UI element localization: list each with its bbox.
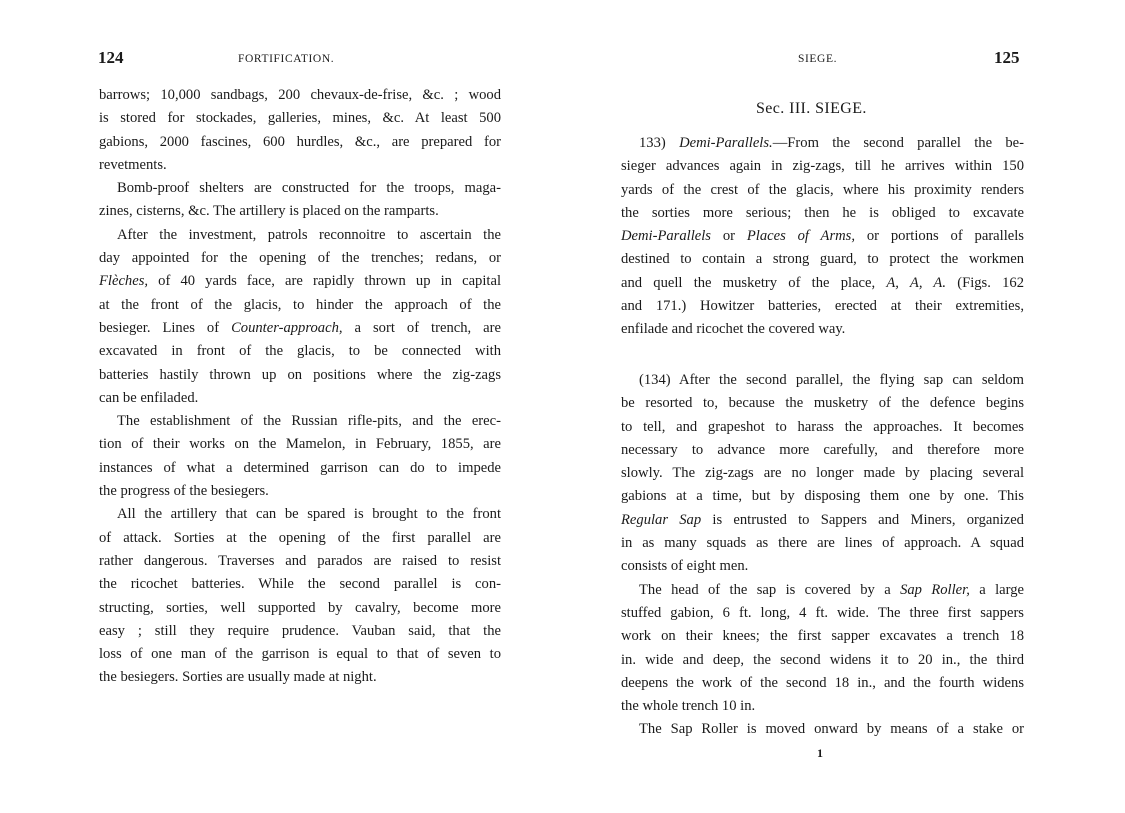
text-line: the sorties more serious; then he is obl…: [621, 202, 1024, 225]
text-line: easy ; still they require prudence. Vaub…: [99, 620, 501, 643]
text-line: Demi-Parallels or Places of Arms, or por…: [621, 225, 1024, 248]
section-title: Sec. III. SIEGE.: [756, 100, 867, 118]
text-line: The Sap Roller is moved onward by means …: [621, 718, 1024, 741]
body-text: barrows; 10,000 sandbags, 200 chevaux-de…: [99, 84, 501, 690]
signature-mark: 1: [817, 746, 823, 761]
text-line: at the front of the glacis, to hinder th…: [99, 294, 501, 317]
text-line: the besiegers. Sorties are usually made …: [99, 666, 501, 689]
text-line: consists of eight men.: [621, 555, 1024, 578]
text-line: Flèches, of 40 yards face, are rapidly t…: [99, 270, 501, 293]
text-line: the ricochet batteries. While the second…: [99, 573, 501, 596]
paragraph-133: 133) Demi-Parallels.—From the second par…: [621, 132, 1024, 342]
text-line: besieger. Lines of Counter-approach, a s…: [99, 317, 501, 340]
text-line: The establishment of the Russian rifle-p…: [99, 410, 501, 433]
text-line: structing, sorties, well supported by ca…: [99, 597, 501, 620]
text-line: Bomb-proof shelters are constructed for …: [99, 177, 501, 200]
text-line: instances of what a determined garrison …: [99, 457, 501, 480]
text-line: After the investment, patrols reconnoitr…: [99, 224, 501, 247]
text-line: the whole trench 10 in.: [621, 695, 1024, 718]
right-page: SIEGE. 125 Sec. III. SIEGE. 133) Demi-Pa…: [560, 0, 1125, 813]
text-line: destined to contain a strong guard, to p…: [621, 248, 1024, 271]
text-line: day appointed for the opening of the tre…: [99, 247, 501, 270]
text-line: and 171.) Howitzer batteries, erected at…: [621, 295, 1024, 318]
text-line: and quell the musketry of the place, A, …: [621, 272, 1024, 295]
page-number: 125: [994, 48, 1020, 68]
text-line: gabions at a time, but by disposing them…: [621, 485, 1024, 508]
running-head: SIEGE.: [798, 53, 837, 65]
text-line: slowly. The zig-zags are no longer made …: [621, 462, 1024, 485]
running-head: FORTIFICATION.: [238, 53, 334, 65]
text-line: the progress of the besiegers.: [99, 480, 501, 503]
text-line: of attack. Sorties at the opening of the…: [99, 527, 501, 550]
text-line: in as many squads as there are lines of …: [621, 532, 1024, 555]
text-line: (134) After the second parallel, the fly…: [621, 369, 1024, 392]
text-line: All the artillery that can be spared is …: [99, 503, 501, 526]
text-line: batteries hastily thrown up on positions…: [99, 364, 501, 387]
text-line: barrows; 10,000 sandbags, 200 chevaux-de…: [99, 84, 501, 107]
left-page: 124 FORTIFICATION. barrows; 10,000 sandb…: [0, 0, 560, 813]
text-line: stuffed gabion, 6 ft. long, 4 ft. wide. …: [621, 602, 1024, 625]
text-line: excavated in front of the glacis, to be …: [99, 340, 501, 363]
text-line: be resorted to, because the musketry of …: [621, 392, 1024, 415]
text-line: The head of the sap is covered by a Sap …: [621, 579, 1024, 602]
text-line: to tell, and grapeshot to harass the app…: [621, 416, 1024, 439]
text-line: yards of the crest of the glacis, where …: [621, 179, 1024, 202]
text-line: deepens the work of the second 18 in., a…: [621, 672, 1024, 695]
text-line: Regular Sap is entrusted to Sappers and …: [621, 509, 1024, 532]
text-line: in. wide and deep, the second widens it …: [621, 649, 1024, 672]
text-line: loss of one man of the garrison is equal…: [99, 643, 501, 666]
text-line: zines, cisterns, &c. The artillery is pl…: [99, 200, 501, 223]
text-line: is stored for stockades, galleries, mine…: [99, 107, 501, 130]
text-line: gabions, 2000 fascines, 600 hurdles, &c.…: [99, 131, 501, 154]
text-line: sieger advances again in zig-zags, till …: [621, 155, 1024, 178]
text-line: can be enfiladed.: [99, 387, 501, 410]
text-line: rather dangerous. Traverses and parados …: [99, 550, 501, 573]
text-line: necessary to advance more carefully, and…: [621, 439, 1024, 462]
paragraph-134: (134) After the second parallel, the fly…: [621, 369, 1024, 742]
text-line: work on their knees; the first sapper ex…: [621, 625, 1024, 648]
text-line: 133) Demi-Parallels.—From the second par…: [621, 132, 1024, 155]
text-line: tion of their works on the Mamelon, in F…: [99, 433, 501, 456]
page-number: 124: [98, 48, 124, 68]
text-line: enfilade and ricochet the covered way.: [621, 318, 1024, 341]
text-line: revetments.: [99, 154, 501, 177]
